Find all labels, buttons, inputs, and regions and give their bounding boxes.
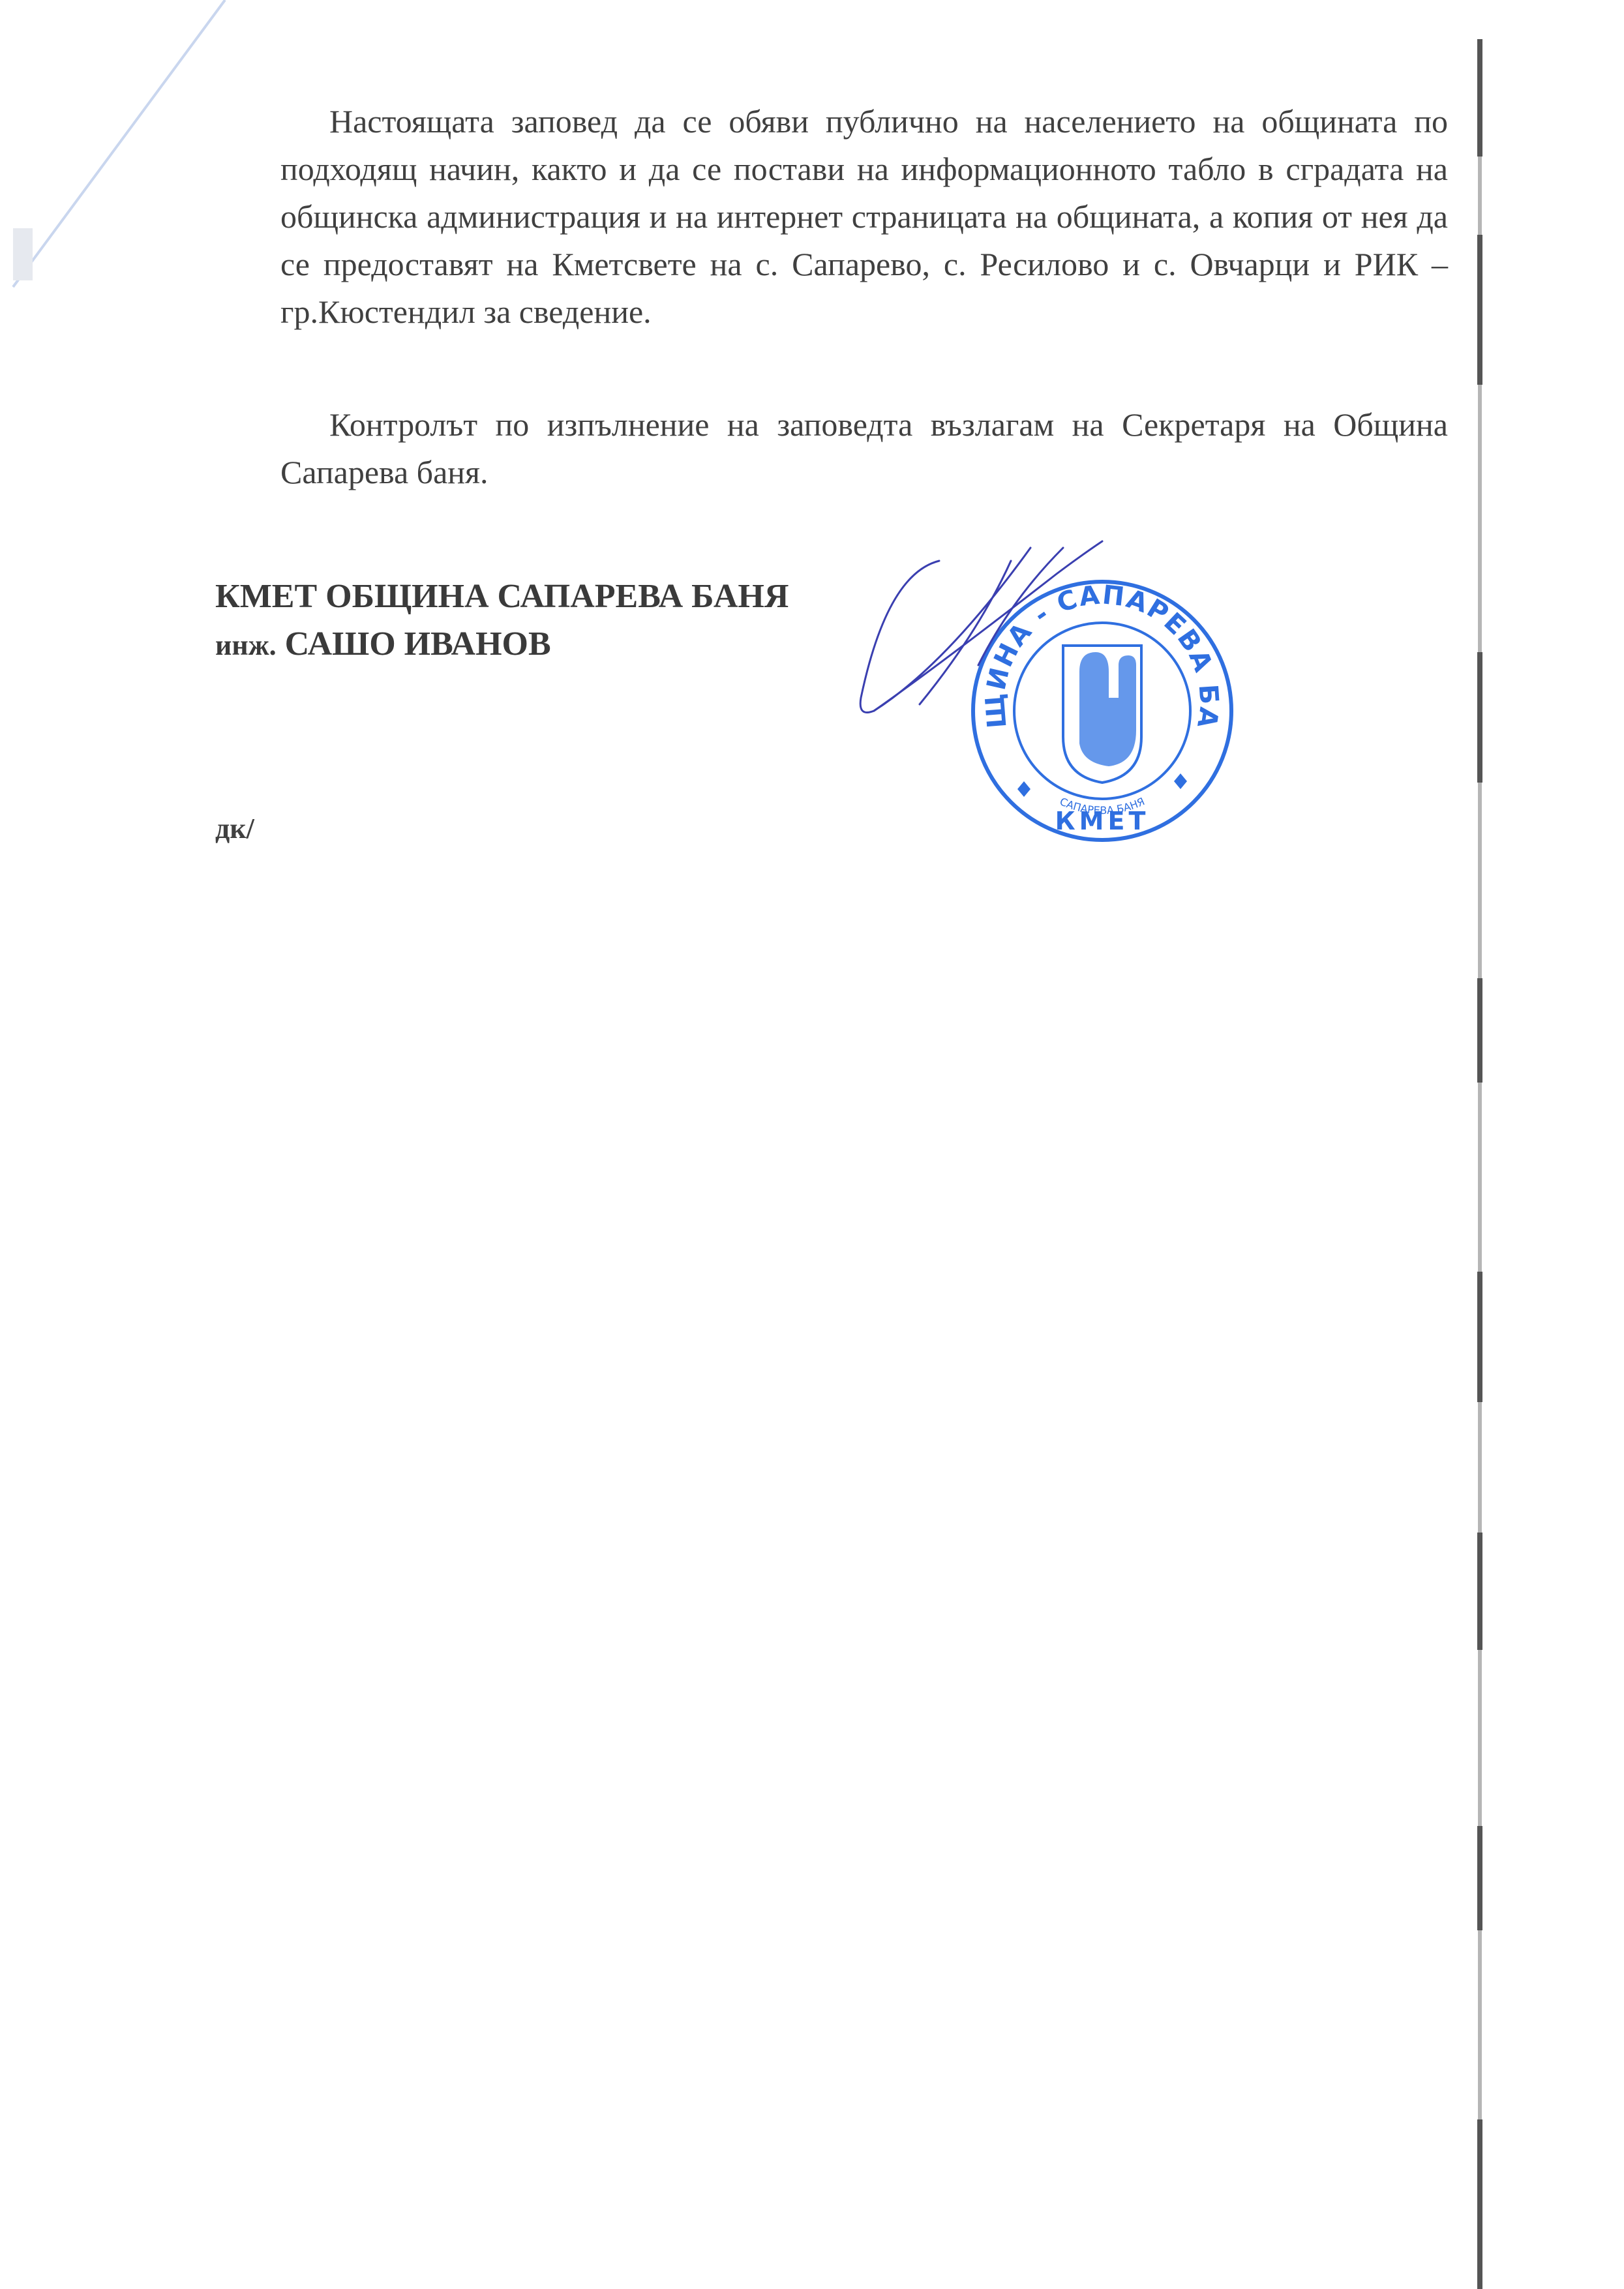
signatory-name: инж. САШО ИВАНОВ bbox=[215, 625, 551, 663]
paragraph-text: Настоящата заповед да се обяви публично … bbox=[280, 103, 1448, 330]
paragraph-publication-order: Настоящата заповед да се обяви публично … bbox=[280, 98, 1448, 336]
document-page: Настоящата заповед да се обяви публично … bbox=[0, 0, 1624, 2289]
binding-edge-artifact bbox=[1475, 0, 1484, 2289]
paragraph-control-assignment: Контролът по изпълнение на заповедта въз… bbox=[280, 401, 1448, 496]
signatory-name-text: САШО ИВАНОВ bbox=[285, 625, 551, 663]
handwritten-signature bbox=[848, 535, 1122, 743]
author-initials: дк/ bbox=[215, 812, 254, 845]
signatory-name-prefix: инж. bbox=[215, 629, 277, 661]
signatory-title: КМЕТ ОБЩИНА САПАРЕВА БАНЯ bbox=[215, 577, 789, 616]
scan-fold-artifact bbox=[0, 0, 1624, 2289]
paragraph-text: Контролът по изпълнение на заповедта въз… bbox=[280, 406, 1448, 490]
